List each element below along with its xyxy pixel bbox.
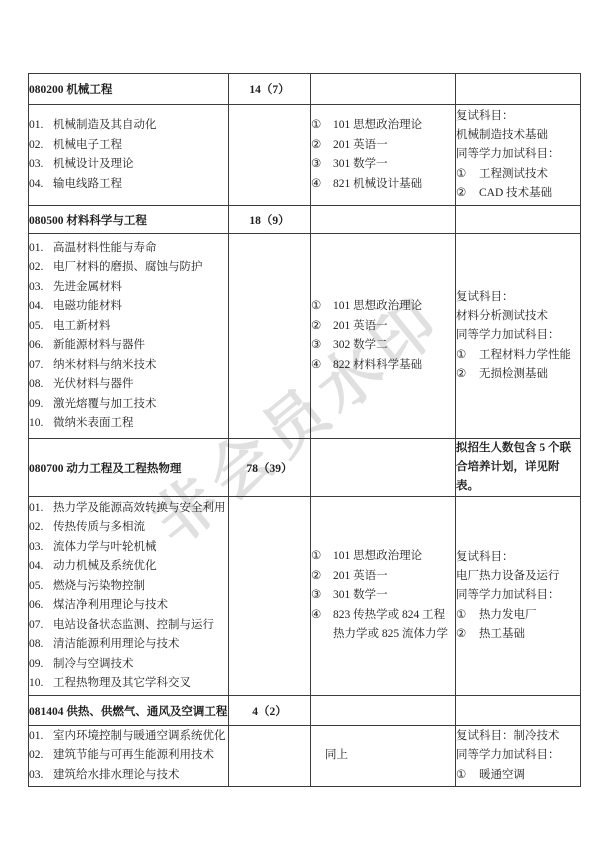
direction-number: 07. bbox=[29, 616, 53, 636]
direction-text: 建筑给水排水理论与技术 bbox=[53, 766, 228, 786]
exam-subject-marker: ② bbox=[311, 136, 326, 156]
program-note bbox=[456, 74, 581, 105]
program-note bbox=[456, 696, 581, 726]
direction-text: 流体力学与叶轮机械 bbox=[53, 538, 228, 558]
direction-text: 纳米材料与纳米技术 bbox=[53, 356, 228, 376]
direction-text: 动力机械及系统优化 bbox=[53, 557, 228, 577]
directions-cell: 01.室内环境控制与暖通空调系统优化02.建筑节能与可再生能源利用技术03.建筑… bbox=[29, 726, 229, 787]
direction-number: 07. bbox=[29, 356, 53, 376]
direction-item: 01.热力学及能源高效转换与安全利用 bbox=[29, 499, 228, 519]
section-header-row: 081404 供热、供燃气、通风及空调工程4（2） bbox=[29, 696, 581, 726]
retest-item-marker: ② bbox=[456, 184, 470, 203]
direction-text: 激光熔覆与加工技术 bbox=[53, 395, 228, 415]
direction-text: 建筑节能与可再生能源利用技术 bbox=[53, 746, 228, 766]
retest-item: ②无损检测基础 bbox=[456, 365, 580, 384]
retest-item: ①暖通空调 bbox=[456, 766, 580, 785]
direction-number: 04. bbox=[29, 297, 53, 317]
direction-number: 01. bbox=[29, 499, 53, 519]
direction-number: 02. bbox=[29, 136, 53, 156]
direction-text: 输电线路工程 bbox=[53, 175, 228, 195]
direction-text: 高温材料性能与寿命 bbox=[53, 239, 228, 259]
quota-spacer-cell bbox=[229, 105, 311, 206]
direction-text: 新能源材料与器件 bbox=[53, 336, 228, 356]
direction-text: 先进金属材料 bbox=[53, 278, 228, 298]
direction-item: 01.机械制造及其自动化 bbox=[29, 116, 228, 136]
section-header-row: 080200 机械工程14（7） bbox=[29, 74, 581, 105]
direction-item: 03.先进金属材料 bbox=[29, 278, 228, 298]
program-quota: 78（39） bbox=[229, 439, 311, 497]
direction-item: 07.电站设备状态监测、控制与运行 bbox=[29, 616, 228, 636]
exam-subject-item: ②201 英语一 bbox=[311, 317, 455, 337]
retest-item-text: 工程测试技术 bbox=[479, 165, 580, 184]
retest-item: ①工程测试技术 bbox=[456, 165, 580, 184]
direction-item: 09.激光熔覆与加工技术 bbox=[29, 395, 228, 415]
exam-subject-marker: ① bbox=[311, 297, 326, 317]
retest-item: 复试科目：制冷技术 bbox=[456, 727, 580, 746]
retest-item-marker: ① bbox=[456, 346, 470, 365]
program-title: 081404 供热、供燃气、通风及空调工程 bbox=[29, 696, 229, 726]
exam-subject-item: ②201 英语一 bbox=[311, 567, 455, 587]
exam-subject-marker: ② bbox=[311, 317, 326, 337]
direction-number: 01. bbox=[29, 239, 53, 259]
direction-item: 06.新能源材料与器件 bbox=[29, 336, 228, 356]
direction-item: 07.纳米材料与纳米技术 bbox=[29, 356, 228, 376]
direction-text: 机械制造及其自动化 bbox=[53, 116, 228, 136]
program-note: 拟招生人数包含 5 个联合培养计划，详见附表。 bbox=[456, 439, 581, 497]
direction-item: 09.制冷与空调技术 bbox=[29, 655, 228, 675]
header-exam-spacer-cell bbox=[311, 206, 456, 234]
direction-item: 08.光伏材料与器件 bbox=[29, 375, 228, 395]
direction-number: 02. bbox=[29, 518, 53, 538]
direction-text: 机械设计及理论 bbox=[53, 155, 228, 175]
direction-number: 02. bbox=[29, 258, 53, 278]
quota-spacer-cell bbox=[229, 234, 311, 439]
directions-cell: 01.热力学及能源高效转换与安全利用02.传热传质与多相流03.流体力学与叶轮机… bbox=[29, 497, 229, 696]
retest-item-text: 机械制造技术基础 bbox=[456, 126, 580, 145]
direction-item: 01.高温材料性能与寿命 bbox=[29, 239, 228, 259]
direction-text: 机械电子工程 bbox=[53, 136, 228, 156]
retest-item-text: 同等学力加试科目： bbox=[456, 586, 580, 605]
direction-text: 清洁能源利用理论与技术 bbox=[53, 635, 228, 655]
exam-subject-item: ④823 传热学或 824 工程热力学或 825 流体力学 bbox=[311, 606, 455, 645]
directions-cell: 01.高温材料性能与寿命02.电厂材料的磨损、腐蚀与防护03.先进金属材料04.… bbox=[29, 234, 229, 439]
exam-subject-text: 822 材料科学基础 bbox=[333, 356, 455, 376]
retest-item: 同等学力加试科目： bbox=[456, 326, 580, 345]
program-quota: 18（9） bbox=[229, 206, 311, 234]
same-as-above-note: 同上 bbox=[311, 746, 455, 766]
direction-text: 传热传质与多相流 bbox=[53, 518, 228, 538]
retest-subjects-cell: 复试科目：电厂热力设备及运行同等学力加试科目：①热力发电厂②热工基础 bbox=[456, 497, 581, 696]
quota-spacer-cell bbox=[229, 726, 311, 787]
direction-number: 03. bbox=[29, 278, 53, 298]
exam-subject-marker: ① bbox=[311, 116, 326, 136]
header-exam-spacer-cell bbox=[311, 74, 456, 105]
retest-item: 材料分析测试技术 bbox=[456, 307, 580, 326]
retest-subjects-cell: 复试科目：制冷技术同等学力加试科目：①暖通空调 bbox=[456, 726, 581, 787]
direction-item: 10.工程热物理及其它学科交叉 bbox=[29, 674, 228, 694]
retest-subjects-cell: 复试科目：材料分析测试技术同等学力加试科目：①工程材料力学性能②无损检测基础 bbox=[456, 234, 581, 439]
program-title: 080200 机械工程 bbox=[29, 74, 229, 105]
direction-text: 煤洁净利用理论与技术 bbox=[53, 596, 228, 616]
exam-subject-text: 101 思想政治理论 bbox=[333, 547, 455, 567]
exam-subject-marker: ① bbox=[311, 547, 326, 567]
program-title: 080700 动力工程及工程热物理 bbox=[29, 439, 229, 497]
admissions-table-body: 080200 机械工程14（7）01.机械制造及其自动化02.机械电子工程03.… bbox=[29, 74, 581, 787]
direction-item: 05.燃烧与污染物控制 bbox=[29, 577, 228, 597]
direction-number: 06. bbox=[29, 596, 53, 616]
direction-number: 08. bbox=[29, 375, 53, 395]
direction-item: 05.电工新材料 bbox=[29, 317, 228, 337]
retest-subjects-cell: 复试科目：机械制造技术基础同等学力加试科目：①工程测试技术②CAD 技术基础 bbox=[456, 105, 581, 206]
direction-number: 02. bbox=[29, 746, 53, 766]
direction-number: 09. bbox=[29, 395, 53, 415]
section-body-row: 01.高温材料性能与寿命02.电厂材料的磨损、腐蚀与防护03.先进金属材料04.… bbox=[29, 234, 581, 439]
exam-subject-item: ②201 英语一 bbox=[311, 136, 455, 156]
program-note bbox=[456, 206, 581, 234]
exam-subject-marker: ③ bbox=[311, 155, 326, 175]
direction-item: 04.输电线路工程 bbox=[29, 175, 228, 195]
retest-item-text: 复试科目： bbox=[456, 288, 580, 307]
retest-item: ②热工基础 bbox=[456, 625, 580, 644]
exam-subject-text: 101 思想政治理论 bbox=[333, 297, 455, 317]
exam-subject-marker: ② bbox=[311, 567, 326, 587]
retest-item-marker: ② bbox=[456, 625, 470, 644]
direction-number: 04. bbox=[29, 557, 53, 577]
exam-subject-marker: ④ bbox=[311, 175, 326, 195]
exam-subject-marker: ③ bbox=[311, 586, 326, 606]
retest-item-text: 复试科目： bbox=[456, 548, 580, 567]
direction-item: 04.电磁功能材料 bbox=[29, 297, 228, 317]
exam-subject-item: ③301 数学一 bbox=[311, 155, 455, 175]
exam-subject-text: 301 数学一 bbox=[333, 586, 455, 606]
exam-subject-item: ①101 思想政治理论 bbox=[311, 116, 455, 136]
direction-number: 04. bbox=[29, 175, 53, 195]
direction-item: 02.传热传质与多相流 bbox=[29, 518, 228, 538]
direction-text: 电厂材料的磨损、腐蚀与防护 bbox=[53, 258, 228, 278]
retest-item-text: 无损检测基础 bbox=[479, 365, 580, 384]
program-quota: 14（7） bbox=[229, 74, 311, 105]
section-body-row: 01.室内环境控制与暖通空调系统优化02.建筑节能与可再生能源利用技术03.建筑… bbox=[29, 726, 581, 787]
retest-item-marker: ② bbox=[456, 365, 470, 384]
program-quota: 4（2） bbox=[229, 696, 311, 726]
direction-number: 01. bbox=[29, 727, 53, 747]
exam-subject-item: ④821 机械设计基础 bbox=[311, 175, 455, 195]
direction-item: 08.清洁能源利用理论与技术 bbox=[29, 635, 228, 655]
admissions-table: 080200 机械工程14（7）01.机械制造及其自动化02.机械电子工程03.… bbox=[28, 73, 581, 787]
direction-item: 02.机械电子工程 bbox=[29, 136, 228, 156]
direction-number: 10. bbox=[29, 414, 53, 434]
exam-subject-item: ④822 材料科学基础 bbox=[311, 356, 455, 376]
retest-item-text: 同等学力加试科目： bbox=[456, 145, 580, 164]
retest-item: 电厂热力设备及运行 bbox=[456, 567, 580, 586]
exam-subject-text: 821 机械设计基础 bbox=[333, 175, 455, 195]
retest-item: 机械制造技术基础 bbox=[456, 126, 580, 145]
retest-item-text: 热力发电厂 bbox=[479, 606, 580, 625]
direction-text: 电工新材料 bbox=[53, 317, 228, 337]
exam-subject-text: 201 英语一 bbox=[333, 317, 455, 337]
header-exam-spacer-cell bbox=[311, 696, 456, 726]
section-body-row: 01.热力学及能源高效转换与安全利用02.传热传质与多相流03.流体力学与叶轮机… bbox=[29, 497, 581, 696]
direction-number: 09. bbox=[29, 655, 53, 675]
retest-item-text: 热工基础 bbox=[479, 625, 580, 644]
exam-subject-text: 201 英语一 bbox=[333, 567, 455, 587]
direction-number: 10. bbox=[29, 674, 53, 694]
direction-number: 03. bbox=[29, 538, 53, 558]
retest-item-text: 同等学力加试科目： bbox=[456, 746, 580, 765]
retest-item: 同等学力加试科目： bbox=[456, 746, 580, 765]
direction-item: 03.机械设计及理论 bbox=[29, 155, 228, 175]
direction-item: 04.动力机械及系统优化 bbox=[29, 557, 228, 577]
direction-text: 工程热物理及其它学科交叉 bbox=[53, 674, 228, 694]
retest-item-text: 复试科目： bbox=[456, 107, 580, 126]
retest-item-text: 工程材料力学性能 bbox=[479, 346, 580, 365]
direction-number: 01. bbox=[29, 116, 53, 136]
exam-subject-item: ①101 思想政治理论 bbox=[311, 547, 455, 567]
section-body-row: 01.机械制造及其自动化02.机械电子工程03.机械设计及理论04.输电线路工程… bbox=[29, 105, 581, 206]
direction-number: 03. bbox=[29, 766, 53, 786]
retest-item: ①热力发电厂 bbox=[456, 606, 580, 625]
retest-item-marker: ① bbox=[456, 165, 470, 184]
retest-item-text: 暖通空调 bbox=[479, 766, 580, 785]
exam-subjects-cell: ①101 思想政治理论②201 英语一③302 数学二④822 材料科学基础 bbox=[311, 234, 456, 439]
retest-item-text: 材料分析测试技术 bbox=[456, 307, 580, 326]
direction-item: 01.室内环境控制与暖通空调系统优化 bbox=[29, 727, 228, 747]
retest-item-text: 同等学力加试科目： bbox=[456, 326, 580, 345]
direction-item: 06.煤洁净利用理论与技术 bbox=[29, 596, 228, 616]
direction-text: 制冷与空调技术 bbox=[53, 655, 228, 675]
exam-subject-text: 301 数学一 bbox=[333, 155, 455, 175]
retest-item: 复试科目： bbox=[456, 288, 580, 307]
retest-item-marker: ① bbox=[456, 606, 470, 625]
direction-text: 电磁功能材料 bbox=[53, 297, 228, 317]
retest-item: 同等学力加试科目： bbox=[456, 586, 580, 605]
direction-text: 燃烧与污染物控制 bbox=[53, 577, 228, 597]
retest-item: 同等学力加试科目： bbox=[456, 145, 580, 164]
exam-subject-item: ①101 思想政治理论 bbox=[311, 297, 455, 317]
direction-number: 06. bbox=[29, 336, 53, 356]
exam-subjects-cell: ①101 思想政治理论②201 英语一③301 数学一④823 传热学或 824… bbox=[311, 497, 456, 696]
retest-item-text: 复试科目：制冷技术 bbox=[456, 727, 580, 746]
directions-cell: 01.机械制造及其自动化02.机械电子工程03.机械设计及理论04.输电线路工程 bbox=[29, 105, 229, 206]
exam-subject-text: 101 思想政治理论 bbox=[333, 116, 455, 136]
exam-subject-text: 302 数学二 bbox=[333, 336, 455, 356]
section-header-row: 080700 动力工程及工程热物理78（39）拟招生人数包含 5 个联合培养计划… bbox=[29, 439, 581, 497]
direction-number: 05. bbox=[29, 577, 53, 597]
exam-subject-item: ③302 数学二 bbox=[311, 336, 455, 356]
exam-subject-text: 823 传热学或 824 工程热力学或 825 流体力学 bbox=[333, 606, 455, 645]
direction-number: 08. bbox=[29, 635, 53, 655]
direction-item: 02.建筑节能与可再生能源利用技术 bbox=[29, 746, 228, 766]
direction-text: 光伏材料与器件 bbox=[53, 375, 228, 395]
retest-item: ①工程材料力学性能 bbox=[456, 346, 580, 365]
exam-subjects-cell: ①101 思想政治理论②201 英语一③301 数学一④821 机械设计基础 bbox=[311, 105, 456, 206]
direction-item: 02.电厂材料的磨损、腐蚀与防护 bbox=[29, 258, 228, 278]
retest-item-text: CAD 技术基础 bbox=[479, 184, 580, 203]
direction-number: 05. bbox=[29, 317, 53, 337]
program-title: 080500 材料科学与工程 bbox=[29, 206, 229, 234]
retest-item: ②CAD 技术基础 bbox=[456, 184, 580, 203]
direction-text: 热力学及能源高效转换与安全利用 bbox=[53, 499, 228, 519]
quota-spacer-cell bbox=[229, 497, 311, 696]
retest-item-marker: ① bbox=[456, 766, 470, 785]
direction-item: 03.建筑给水排水理论与技术 bbox=[29, 766, 228, 786]
direction-text: 室内环境控制与暖通空调系统优化 bbox=[53, 727, 228, 747]
direction-number: 03. bbox=[29, 155, 53, 175]
exam-subject-marker: ④ bbox=[311, 606, 326, 645]
section-header-row: 080500 材料科学与工程18（9） bbox=[29, 206, 581, 234]
retest-item-text: 电厂热力设备及运行 bbox=[456, 567, 580, 586]
direction-text: 电站设备状态监测、控制与运行 bbox=[53, 616, 228, 636]
direction-item: 03.流体力学与叶轮机械 bbox=[29, 538, 228, 558]
direction-text: 微纳米表面工程 bbox=[53, 414, 228, 434]
retest-item: 复试科目： bbox=[456, 107, 580, 126]
direction-item: 10.微纳米表面工程 bbox=[29, 414, 228, 434]
exam-subject-text: 201 英语一 bbox=[333, 136, 455, 156]
exam-subjects-cell: 同上 bbox=[311, 726, 456, 787]
exam-subject-item: ③301 数学一 bbox=[311, 586, 455, 606]
retest-item: 复试科目： bbox=[456, 548, 580, 567]
header-exam-spacer-cell bbox=[311, 439, 456, 497]
exam-subject-marker: ③ bbox=[311, 336, 326, 356]
exam-subject-marker: ④ bbox=[311, 356, 326, 376]
